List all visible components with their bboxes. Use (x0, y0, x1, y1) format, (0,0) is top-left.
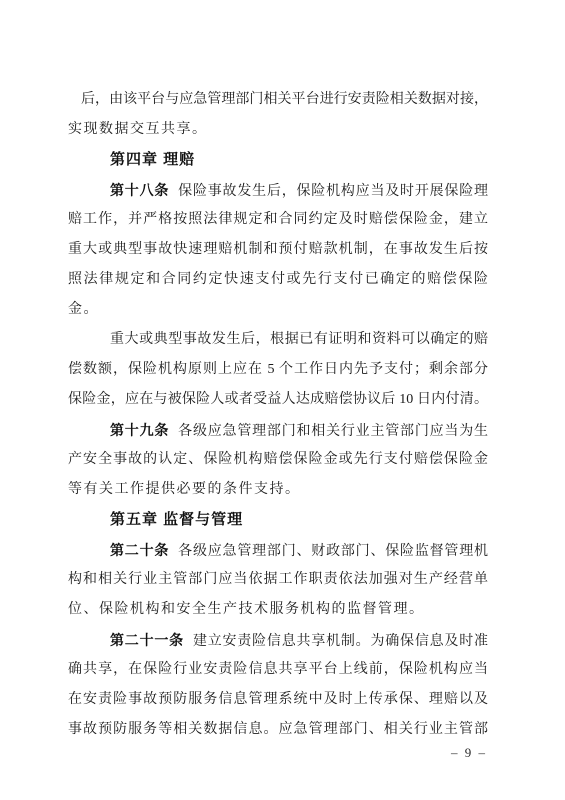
article-number: 第十九条 (110, 422, 169, 438)
text-line: 确共享，在保险行业安责险信息共享平台上线前，保险机构应当 (68, 655, 488, 685)
article-number: 第二十一条 (110, 632, 184, 648)
article-text: 保险事故发生后，保险机构应当及时开展保险理 (178, 184, 488, 199)
article-line: 第十八条保险事故发生后，保险机构应当及时开展保险理 (68, 175, 488, 205)
text-line: 偿数额，保险机构原则上应在 5 个工作日内先予支付；剩余部分 (68, 355, 488, 385)
text-line: 实现数据交互共享。 (68, 115, 488, 145)
article-line: 第十九条各级应急管理部门和相关行业主管部门应当为生 (68, 415, 488, 445)
article-line: 第二十条各级应急管理部门、财政部门、保险监督管理机 (68, 535, 488, 565)
text-line: 在安责险事故预防服务信息管理系统中及时上传承保、理赔以及 (68, 685, 488, 715)
chapter-heading: 第五章 监督与管理 (68, 505, 488, 535)
text-line: 照法律规定和合同约定快速支付或先行支付已确定的赔偿保险 (68, 265, 488, 295)
text-line: 后，由该平台与应急管理部门相关平台进行安责险相关数据对接， (68, 85, 488, 115)
article-text: 各级应急管理部门、财政部门、保险监督管理机 (178, 544, 488, 559)
article-number: 第二十条 (110, 542, 169, 558)
chapter-heading: 第四章 理赔 (68, 145, 488, 175)
text-line: 产安全事故的认定、保险机构赔偿保险金或先行支付赔偿保险金 (68, 445, 488, 475)
page-number: – 9 – (451, 744, 487, 762)
article-text: 各级应急管理部门和相关行业主管部门应当为生 (178, 424, 488, 439)
article-number: 第十八条 (110, 182, 169, 198)
text-line: 构和相关行业主管部门应当依据工作职责依法加强对生产经营单 (68, 565, 488, 595)
text-line: 保险金，应在与被保险人或者受益人达成赔偿协议后 10 日内付清。 (68, 385, 488, 415)
text-line: 等有关工作提供必要的条件支持。 (68, 475, 488, 505)
text-line: 重大或典型事故快速理赔机制和预付赔款机制，在事故发生后按 (68, 235, 488, 265)
text-line: 金。 (68, 295, 488, 325)
text-line: 位、保险机构和安全生产技术服务机构的监督管理。 (68, 595, 488, 625)
text-line: 赔工作，并严格按照法律规定和合同约定及时赔偿保险金，建立 (68, 205, 488, 235)
text-line: 重大或典型事故发生后，根据已有证明和资料可以确定的赔 (68, 325, 488, 355)
article-line: 第二十一条建立安责险信息共享机制。为确保信息及时准 (68, 625, 488, 655)
article-text: 建立安责险信息共享机制。为确保信息及时准 (193, 634, 488, 649)
document-text-block: 后，由该平台与应急管理部门相关平台进行安责险相关数据对接， 实现数据交互共享。 … (68, 85, 488, 745)
text-line: 事故预防服务等相关数据信息。应急管理部门、相关行业主管部 (68, 715, 488, 745)
document-page: 后，由该平台与应急管理部门相关平台进行安责险相关数据对接， 实现数据交互共享。 … (0, 0, 565, 800)
